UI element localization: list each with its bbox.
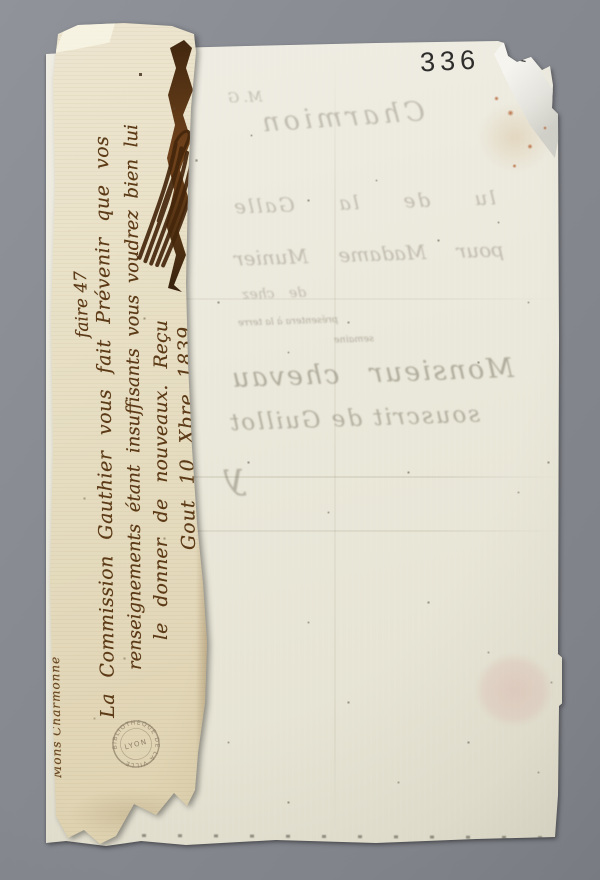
- showthrough-line: de chez: [242, 285, 307, 303]
- rust-spot: [494, 96, 499, 101]
- showthrough-line: semaine: [334, 333, 374, 345]
- showthrough-line: M. G: [228, 89, 263, 106]
- handwriting-line: Mons Charmonne: [48, 656, 64, 778]
- rust-spot: [527, 144, 533, 149]
- showthrough-line: y: [223, 456, 245, 498]
- note-strip-shadow: Mons Charmonne faire 47 La Commission Ga…: [44, 18, 214, 852]
- stamp-center-text: LYON: [124, 738, 149, 752]
- catalog-number: 336: [419, 44, 481, 78]
- handwriting-line: le donner de nouveaux. Reçu: [150, 320, 172, 640]
- showthrough-line: pour Madame Munier: [234, 237, 505, 270]
- rust-spot: [543, 126, 547, 130]
- document-scan: M. G Charmion lu de la Galle pour Madame…: [0, 0, 600, 880]
- strip-bottom-stain: [54, 784, 204, 844]
- handwriting-line: La Commission Gauthier vous fait Préveni…: [91, 136, 119, 719]
- signature-flourish: [133, 120, 215, 273]
- handwriting-line: faire 47: [71, 271, 93, 339]
- handwriting-line: Gout 10 Xbre 1839: [174, 326, 200, 551]
- archival-note-strip: Mons Charmonne faire 47 La Commission Ga…: [44, 18, 214, 852]
- seal-stain: [465, 644, 563, 736]
- showthrough-line: Monsieur chevau: [230, 353, 515, 394]
- strip-ink-specks: [44, 18, 45, 19]
- fold-crease-vertical: [334, 40, 336, 846]
- showthrough-line: souscrit de Guillot: [228, 402, 481, 437]
- showthrough-line: lu de la Galle: [232, 185, 497, 218]
- rust-spot: [512, 164, 517, 168]
- showthrough-line: Charmion: [257, 96, 426, 139]
- rust-spot: [507, 110, 514, 116]
- showthrough-line: présentera à la terre: [238, 314, 338, 328]
